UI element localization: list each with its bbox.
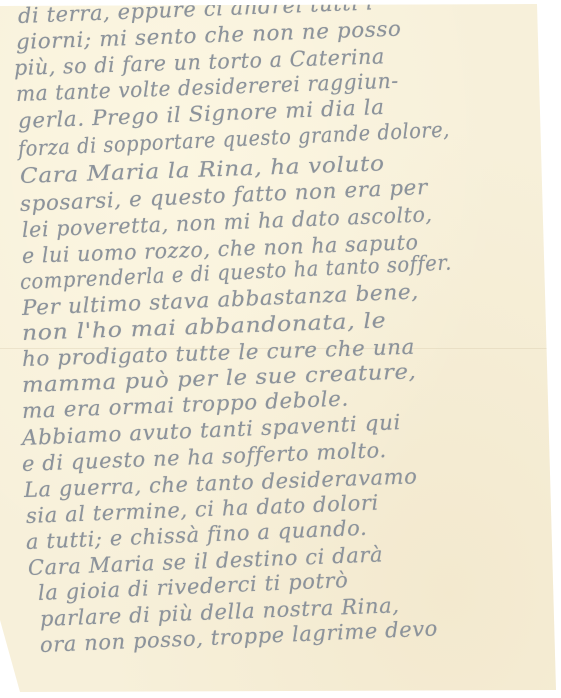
scanned-letter: di terra, eppure ci andrei tutti i giorn… bbox=[0, 0, 561, 698]
letter-paper: di terra, eppure ci andrei tutti i giorn… bbox=[0, 0, 561, 698]
